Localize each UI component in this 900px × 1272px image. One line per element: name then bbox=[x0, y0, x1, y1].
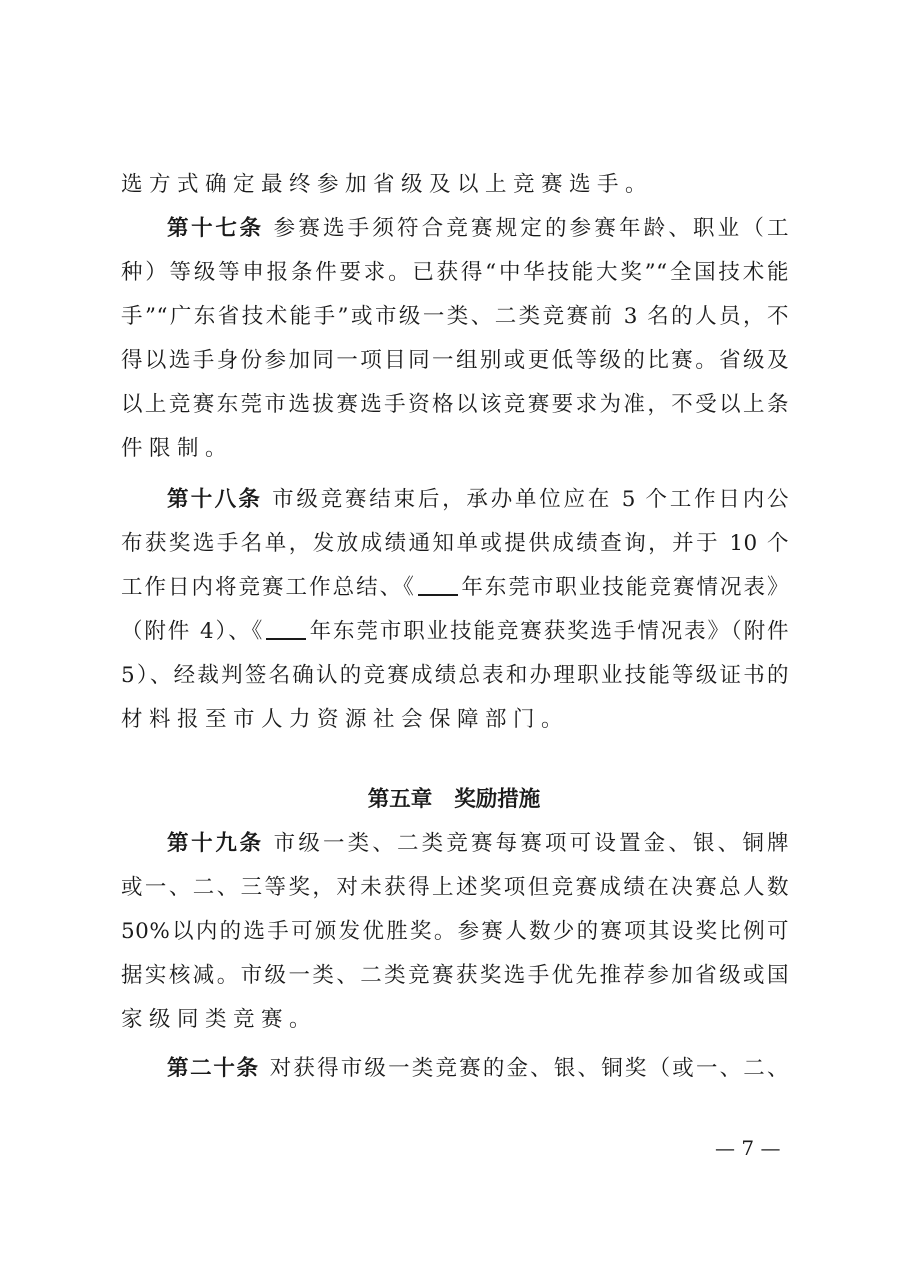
paragraph-line: 家级同类竞赛。 bbox=[121, 998, 789, 1042]
chapter-heading: 第五章奖励措施 bbox=[0, 778, 900, 822]
article-label: 第二十条 bbox=[167, 1056, 260, 1081]
article-label: 第十八条 bbox=[167, 487, 262, 512]
document-page: 选方式确定最终参加省级及以上竞赛选手。 第十七条参赛选手须符合竞赛规定的参赛年龄… bbox=[0, 0, 900, 1272]
paragraph-line: 手”“广东省技术能手”或市级一类、二类竞赛前 3 名的人员，不 bbox=[121, 295, 789, 339]
paragraph-line: 选方式确定最终参加省级及以上竞赛选手。 bbox=[121, 163, 789, 207]
paragraph-line: 或一、二、三等奖，对未获得上述奖项但竞赛成绩在决赛总人数 bbox=[121, 866, 789, 910]
page-number: — 7 — bbox=[715, 1136, 780, 1160]
paragraph-line: 据实核减。市级一类、二类竞赛获奖选手优先推荐参加省级或国 bbox=[121, 954, 789, 998]
fill-blank bbox=[266, 618, 306, 640]
fill-blank bbox=[418, 574, 458, 596]
article-17-heading-line: 第十七条参赛选手须符合竞赛规定的参赛年龄、职业（工 bbox=[167, 207, 789, 251]
paragraph-line: （附件 4）、《年东莞市职业技能竞赛获奖选手情况表》（附件 bbox=[121, 610, 789, 654]
paragraph-line: 种）等级等申报条件要求。已获得“中华技能大奖”“全国技术能 bbox=[121, 251, 789, 295]
paragraph-line: 材料报至市人力资源社会保障部门。 bbox=[121, 698, 789, 742]
paragraph-line: 件限制。 bbox=[121, 427, 789, 471]
paragraph-line: 50%以内的选手可颁发优胜奖。参赛人数少的赛项其设奖比例可 bbox=[121, 910, 789, 954]
article-20-heading-line: 第二十条对获得市级一类竞赛的金、银、铜奖（或一、二、 bbox=[167, 1047, 789, 1091]
paragraph-line: 布获奖选手名单，发放成绩通知单或提供成绩查询，并于 10 个 bbox=[121, 522, 789, 566]
paragraph-line: 以上竞赛东莞市选拔赛选手资格以该竞赛要求为准，不受以上条 bbox=[121, 383, 789, 427]
article-19-heading-line: 第十九条市级一类、二类竞赛每赛项可设置金、银、铜牌 bbox=[167, 822, 789, 866]
article-label: 第十九条 bbox=[167, 831, 264, 856]
article-label: 第十七条 bbox=[167, 216, 264, 241]
paragraph-line: 工作日内将竞赛工作总结、《年东莞市职业技能竞赛情况表》 bbox=[121, 566, 789, 610]
article-18-heading-line: 第十八条市级竞赛结束后，承办单位应在 5 个工作日内公 bbox=[167, 478, 789, 522]
paragraph-line: 5）、经裁判签名确认的竞赛成绩总表和办理职业技能等级证书的 bbox=[121, 654, 789, 698]
paragraph-line: 得以选手身份参加同一项目同一组别或更低等级的比赛。省级及 bbox=[121, 339, 789, 383]
